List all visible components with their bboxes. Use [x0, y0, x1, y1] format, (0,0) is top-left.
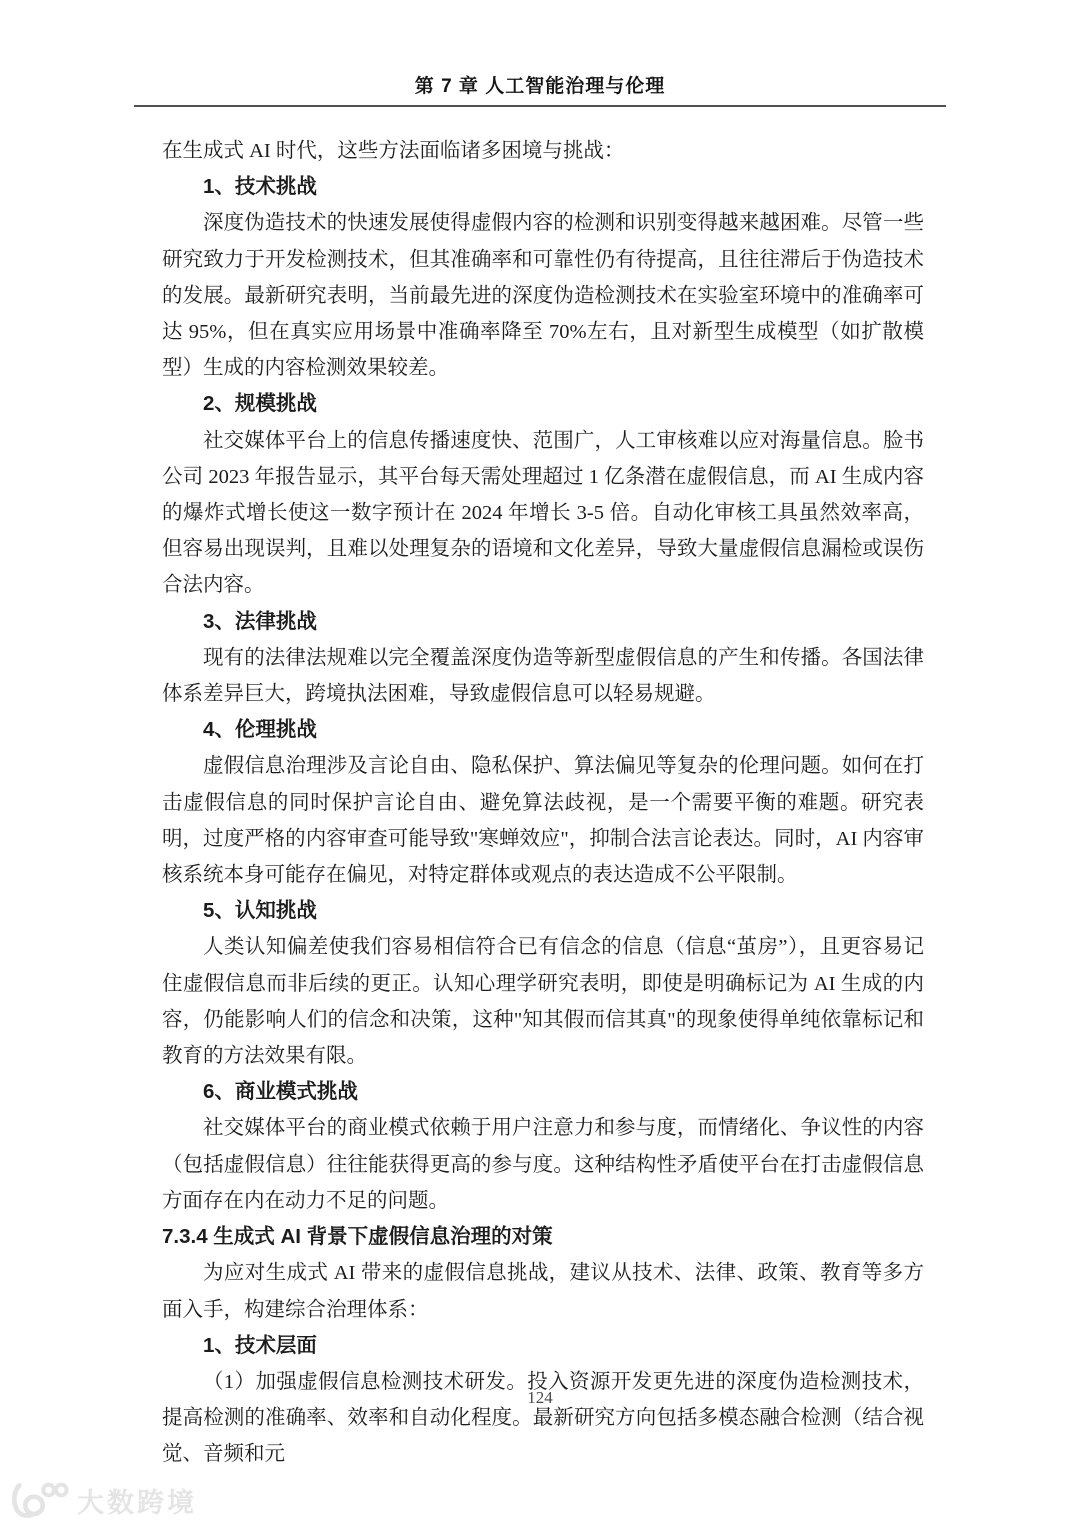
subsection-heading-4: 4、伦理挑战	[162, 712, 924, 748]
dashu-logo-icon	[10, 1480, 70, 1520]
subsection-heading-7: 1、技术层面	[162, 1328, 924, 1364]
watermark-text: 大数跨境	[77, 1481, 197, 1520]
document-page: 第 7 章 人工智能治理与伦理 在生成式 AI 时代，这些方法面临诸多困境与挑战…	[0, 0, 1080, 1527]
paragraph: 虚假信息治理涉及言论自由、隐私保护、算法偏见等复杂的伦理问题。如何在打击虚假信息…	[162, 748, 924, 893]
paragraph: 人类认知偏差使我们容易相信符合已有信念的信息（信息“茧房”），且更容易记住虚假信…	[162, 929, 924, 1074]
header-divider	[134, 105, 946, 107]
subsection-heading-1: 1、技术挑战	[162, 169, 924, 205]
page-number: 124	[0, 1388, 1080, 1408]
watermark: 大数跨境	[10, 1480, 197, 1520]
section-heading-734: 7.3.4 生成式 AI 背景下虚假信息治理的对策	[162, 1219, 924, 1255]
paragraph: 深度伪造技术的快速发展使得虚假内容的检测和识别变得越来越困难。尽管一些研究致力于…	[162, 205, 924, 386]
chapter-header: 第 7 章 人工智能治理与伦理	[0, 0, 1080, 107]
document-body: 在生成式 AI 时代，这些方法面临诸多困境与挑战： 1、技术挑战 深度伪造技术的…	[162, 133, 924, 1473]
intro-paragraph: 在生成式 AI 时代，这些方法面临诸多困境与挑战：	[162, 133, 924, 169]
subsection-heading-2: 2、规模挑战	[162, 386, 924, 422]
paragraph: 为应对生成式 AI 带来的虚假信息挑战，建议从技术、法律、政策、教育等多方面入手…	[162, 1255, 924, 1327]
paragraph: （1）加强虚假信息检测技术研发。投入资源开发更先进的深度伪造检测技术，提高检测的…	[162, 1364, 924, 1473]
paragraph: 社交媒体平台上的信息传播速度快、范围广，人工审核难以应对海量信息。脸书公司 20…	[162, 423, 924, 604]
paragraph: 社交媒体平台的商业模式依赖于用户注意力和参与度，而情绪化、争议性的内容（包括虚假…	[162, 1110, 924, 1219]
paragraph: 现有的法律法规难以完全覆盖深度伪造等新型虚假信息的产生和传播。各国法律体系差异巨…	[162, 640, 924, 712]
subsection-heading-3: 3、法律挑战	[162, 604, 924, 640]
chapter-title: 第 7 章 人工智能治理与伦理	[0, 71, 1080, 98]
subsection-heading-5: 5、认知挑战	[162, 893, 924, 929]
subsection-heading-6: 6、商业模式挑战	[162, 1074, 924, 1110]
